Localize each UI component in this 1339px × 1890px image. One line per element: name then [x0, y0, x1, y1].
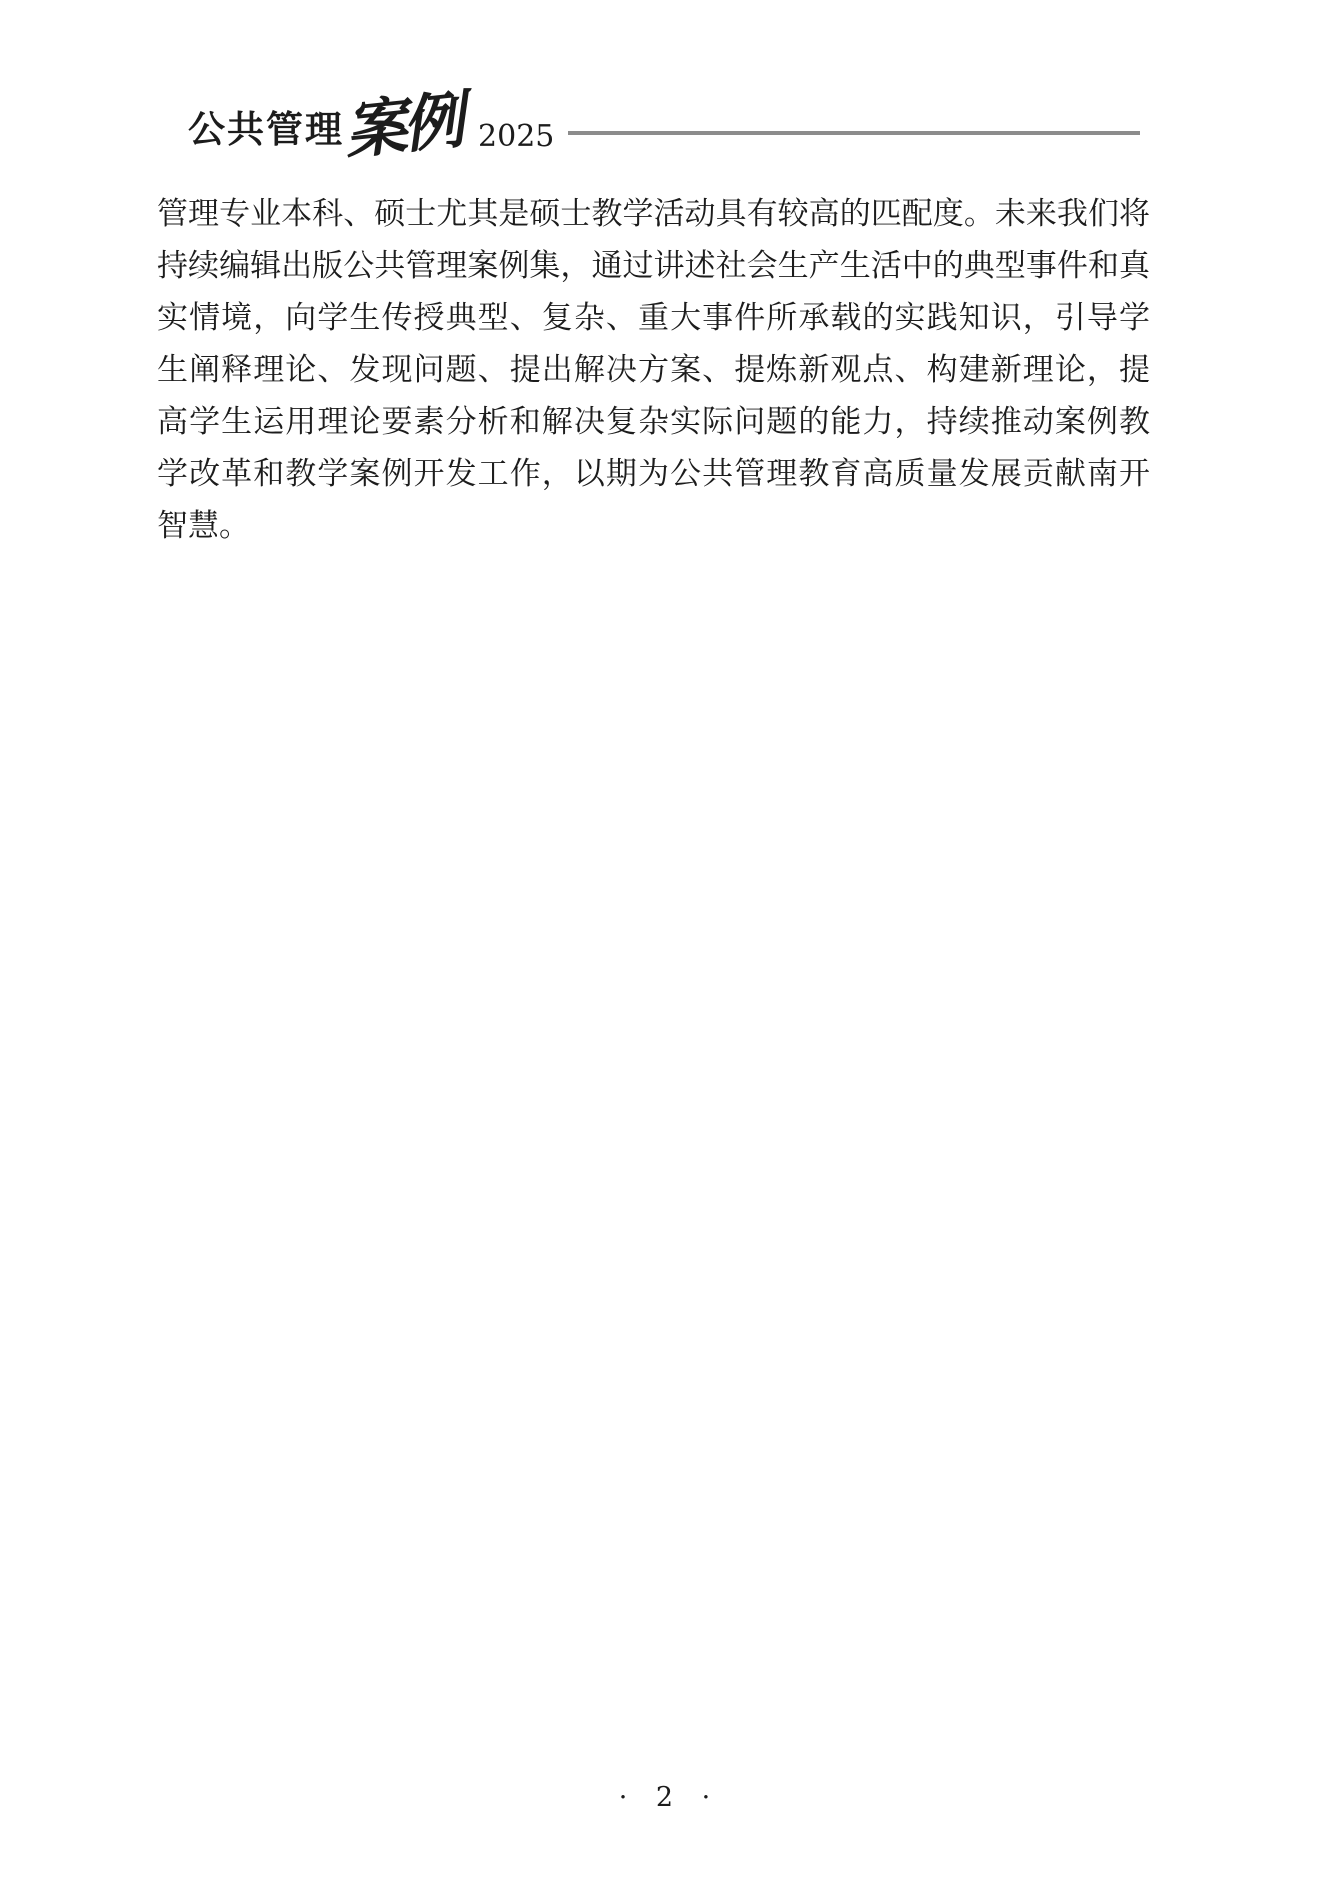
header-rule-divider	[568, 131, 1140, 135]
document-page: 公共管理 案例 2025 管理专业本科、硕士尤其是硕士教学活动具有较高的匹配度。…	[0, 0, 1339, 1890]
page-footer: · 2 ·	[0, 1782, 1339, 1813]
page-number: · 2 ·	[619, 1782, 721, 1813]
page-header: 公共管理 案例 2025	[188, 95, 1140, 165]
paragraph-line: 智慧。	[157, 500, 1150, 552]
paragraph-line: 学改革和教学案例开发工作，以期为公共管理教育高质量发展贡献南开	[157, 448, 1150, 500]
paragraph-line: 高学生运用理论要素分析和解决复杂实际问题的能力，持续推动案例教	[157, 396, 1150, 448]
header-script-title: 案例	[342, 89, 464, 163]
header-year: 2025	[478, 122, 554, 152]
header-series-title: 公共管理	[188, 111, 344, 148]
paragraph-line: 生阐释理论、发现问题、提出解决方案、提炼新观点、构建新理论，提	[157, 344, 1150, 396]
paragraph-line: 持续编辑出版公共管理案例集，通过讲述社会生产生活中的典型事件和真	[157, 240, 1150, 292]
paragraph-line: 实情境，向学生传授典型、复杂、重大事件所承载的实践知识，引导学	[157, 292, 1150, 344]
body-paragraph: 管理专业本科、硕士尤其是硕士教学活动具有较高的匹配度。未来我们将 持续编辑出版公…	[157, 188, 1150, 552]
paragraph-line: 管理专业本科、硕士尤其是硕士教学活动具有较高的匹配度。未来我们将	[157, 188, 1150, 240]
